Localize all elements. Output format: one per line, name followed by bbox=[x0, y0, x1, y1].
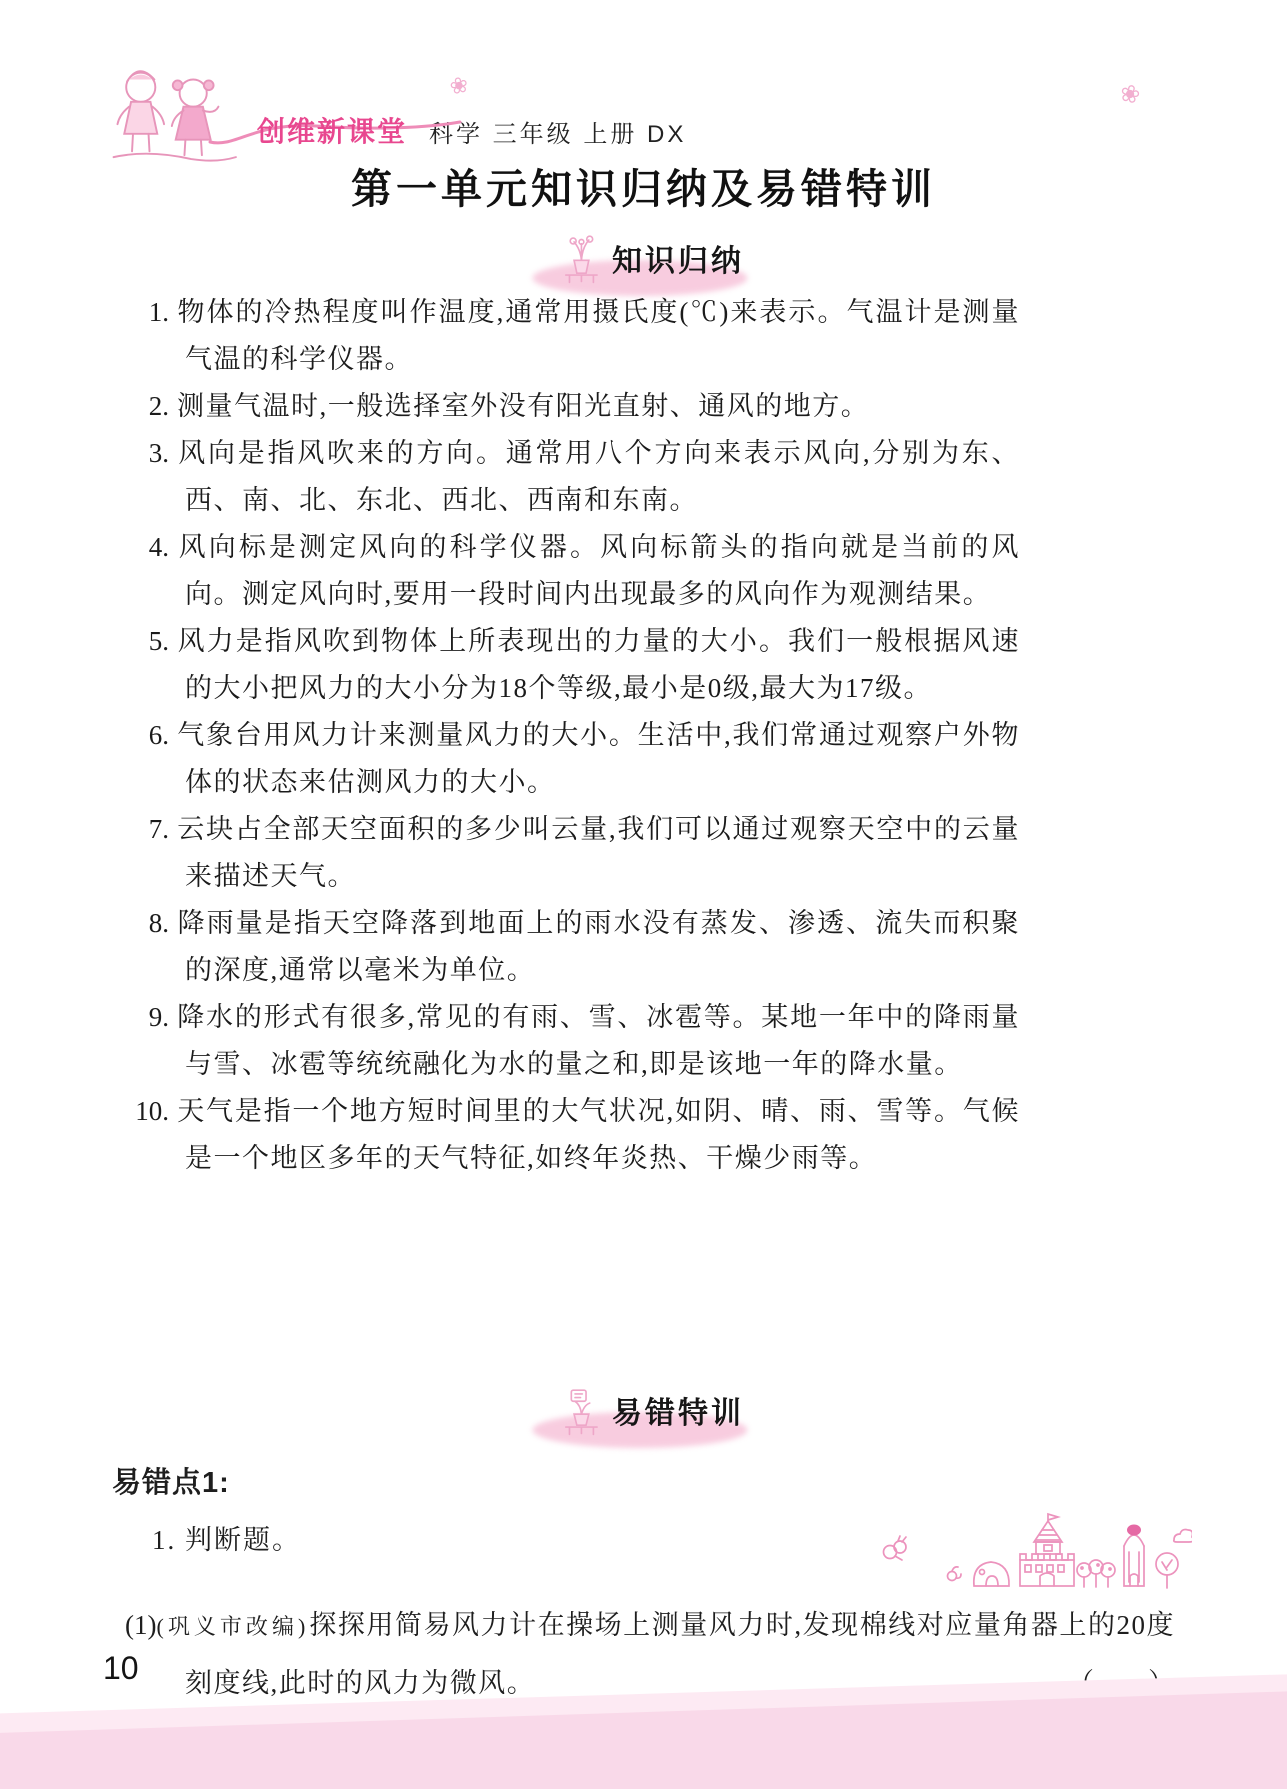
section-label: 易错特训 bbox=[612, 1388, 744, 1436]
pencil-icon bbox=[1124, 1525, 1144, 1587]
item-number: 5. bbox=[115, 618, 177, 665]
item-text: 云块占全部天空面积的多少叫云量,我们可以通过观察天空中的云量来描述天气。 bbox=[177, 814, 1020, 891]
hut-icon bbox=[974, 1562, 1009, 1586]
knowledge-item: 2.测量气温时,一般选择室外没有阳光直射、通风的地方。 bbox=[115, 383, 1020, 430]
knowledge-item: 10.天气是指一个地方短时间里的大气状况,如阴、晴、雨、雪等。气候是一个地区多年… bbox=[115, 1088, 1020, 1182]
plant-desk-icon bbox=[558, 232, 604, 284]
castle-icon bbox=[1020, 1514, 1074, 1586]
knowledge-item: 6.气象台用风力计来测量风力的大小。生活中,我们常通过观察户外物体的状态来估测风… bbox=[115, 712, 1020, 806]
knowledge-item: 5.风力是指风吹到物体上所表现出的力量的大小。我们一般根据风速的大小把风力的大小… bbox=[115, 618, 1020, 712]
item-number: 2. bbox=[115, 383, 177, 430]
knowledge-item: 7.云块占全部天空面积的多少叫云量,我们可以通过观察天空中的云量来描述天气。 bbox=[115, 806, 1020, 900]
question-number: (1) bbox=[125, 1610, 156, 1640]
item-text: 气象台用风力计来测量风力的大小。生活中,我们常通过观察户外物体的状态来估测风力的… bbox=[177, 720, 1020, 797]
item-number: 8. bbox=[115, 900, 177, 947]
butterfly-icon bbox=[884, 1536, 907, 1560]
item-text: 降雨量是指天空降落到地面上的雨水没有蒸发、渗透、流失而积聚的深度,通常以毫米为单… bbox=[177, 908, 1020, 985]
item-text: 降水的形式有很多,常见的有雨、雪、冰雹等。某地一年中的降雨量与雪、冰雹等统统融化… bbox=[177, 1002, 1020, 1079]
knowledge-item: 1.物体的冷热程度叫作温度,通常用摄氏度(℃)来表示。气温计是测量气温的科学仪器… bbox=[115, 289, 1020, 383]
item-number: 6. bbox=[115, 712, 177, 759]
error-point-label: 易错点1: bbox=[112, 1460, 230, 1501]
item-text: 风力是指风吹到物体上所表现出的力量的大小。我们一般根据风速的大小把风力的大小分为… bbox=[177, 626, 1020, 703]
item-text: 物体的冷热程度叫作温度,通常用摄氏度(℃)来表示。气温计是测量气温的科学仪器。 bbox=[177, 297, 1020, 374]
question-source: (巩义市改编) bbox=[156, 1614, 309, 1639]
knowledge-item: 3.风向是指风吹来的方向。通常用八个方向来表示风向,分别为东、西、南、北、东北、… bbox=[115, 430, 1020, 524]
knowledge-list: 1.物体的冷热程度叫作温度,通常用摄氏度(℃)来表示。气温计是测量气温的科学仪器… bbox=[115, 289, 1020, 1182]
knowledge-item: 9.降水的形式有很多,常见的有雨、雪、冰雹等。某地一年中的降雨量与雪、冰雹等统统… bbox=[115, 994, 1020, 1088]
page-title: 第一单元知识归纳及易错特训 bbox=[0, 156, 1287, 215]
book-subject: 科学 三年级 上册 DX bbox=[429, 114, 686, 149]
bottom-pink-band bbox=[0, 1667, 1287, 1789]
item-number: 9. bbox=[115, 994, 177, 1041]
item-number: 1. bbox=[115, 289, 177, 336]
item-number: 4. bbox=[115, 524, 177, 571]
brand-logo: 创维新课堂 bbox=[257, 110, 407, 150]
plant-desk-icon bbox=[558, 1384, 604, 1436]
lollipop-trees-icon bbox=[1077, 1560, 1115, 1587]
section-header-knowledge: 知识归纳 bbox=[558, 232, 744, 284]
workbook-page: 创维新课堂 科学 三年级 上册 DX ❀ ❀ 第一单元知识归纳及易错特训 知识归… bbox=[0, 0, 1287, 1789]
small-flower-icon bbox=[948, 1567, 962, 1581]
footer-doodles bbox=[862, 1512, 1192, 1600]
knowledge-item: 8.降雨量是指天空降落到地面上的雨水没有蒸发、渗透、流失而积聚的深度,通常以毫米… bbox=[115, 900, 1020, 994]
section-label: 知识归纳 bbox=[612, 236, 744, 284]
item-number: 3. bbox=[115, 430, 177, 477]
question-type-label: 1. 判断题。 bbox=[152, 1518, 301, 1557]
item-text: 风向是指风吹来的方向。通常用八个方向来表示风向,分别为东、西、南、北、东北、西北… bbox=[177, 438, 1020, 515]
item-number: 7. bbox=[115, 806, 177, 853]
item-text: 天气是指一个地方短时间里的大气状况,如阴、晴、雨、雪等。气候是一个地区多年的天气… bbox=[177, 1096, 1020, 1173]
item-number: 10. bbox=[115, 1088, 177, 1135]
flower-icon: ❀ bbox=[1117, 78, 1143, 110]
knowledge-item: 4.风向标是测定风向的科学仪器。风向标箭头的指向就是当前的风向。测定风向时,要用… bbox=[115, 524, 1020, 618]
item-text: 测量气温时,一般选择室外没有阳光直射、通风的地方。 bbox=[177, 391, 869, 421]
round-tree-icon bbox=[1156, 1553, 1178, 1588]
section-header-error-training: 易错特训 bbox=[558, 1384, 744, 1436]
item-text: 风向标是测定风向的科学仪器。风向标箭头的指向就是当前的风向。测定风向时,要用一段… bbox=[177, 532, 1020, 609]
cloud-icon bbox=[1174, 1530, 1192, 1543]
